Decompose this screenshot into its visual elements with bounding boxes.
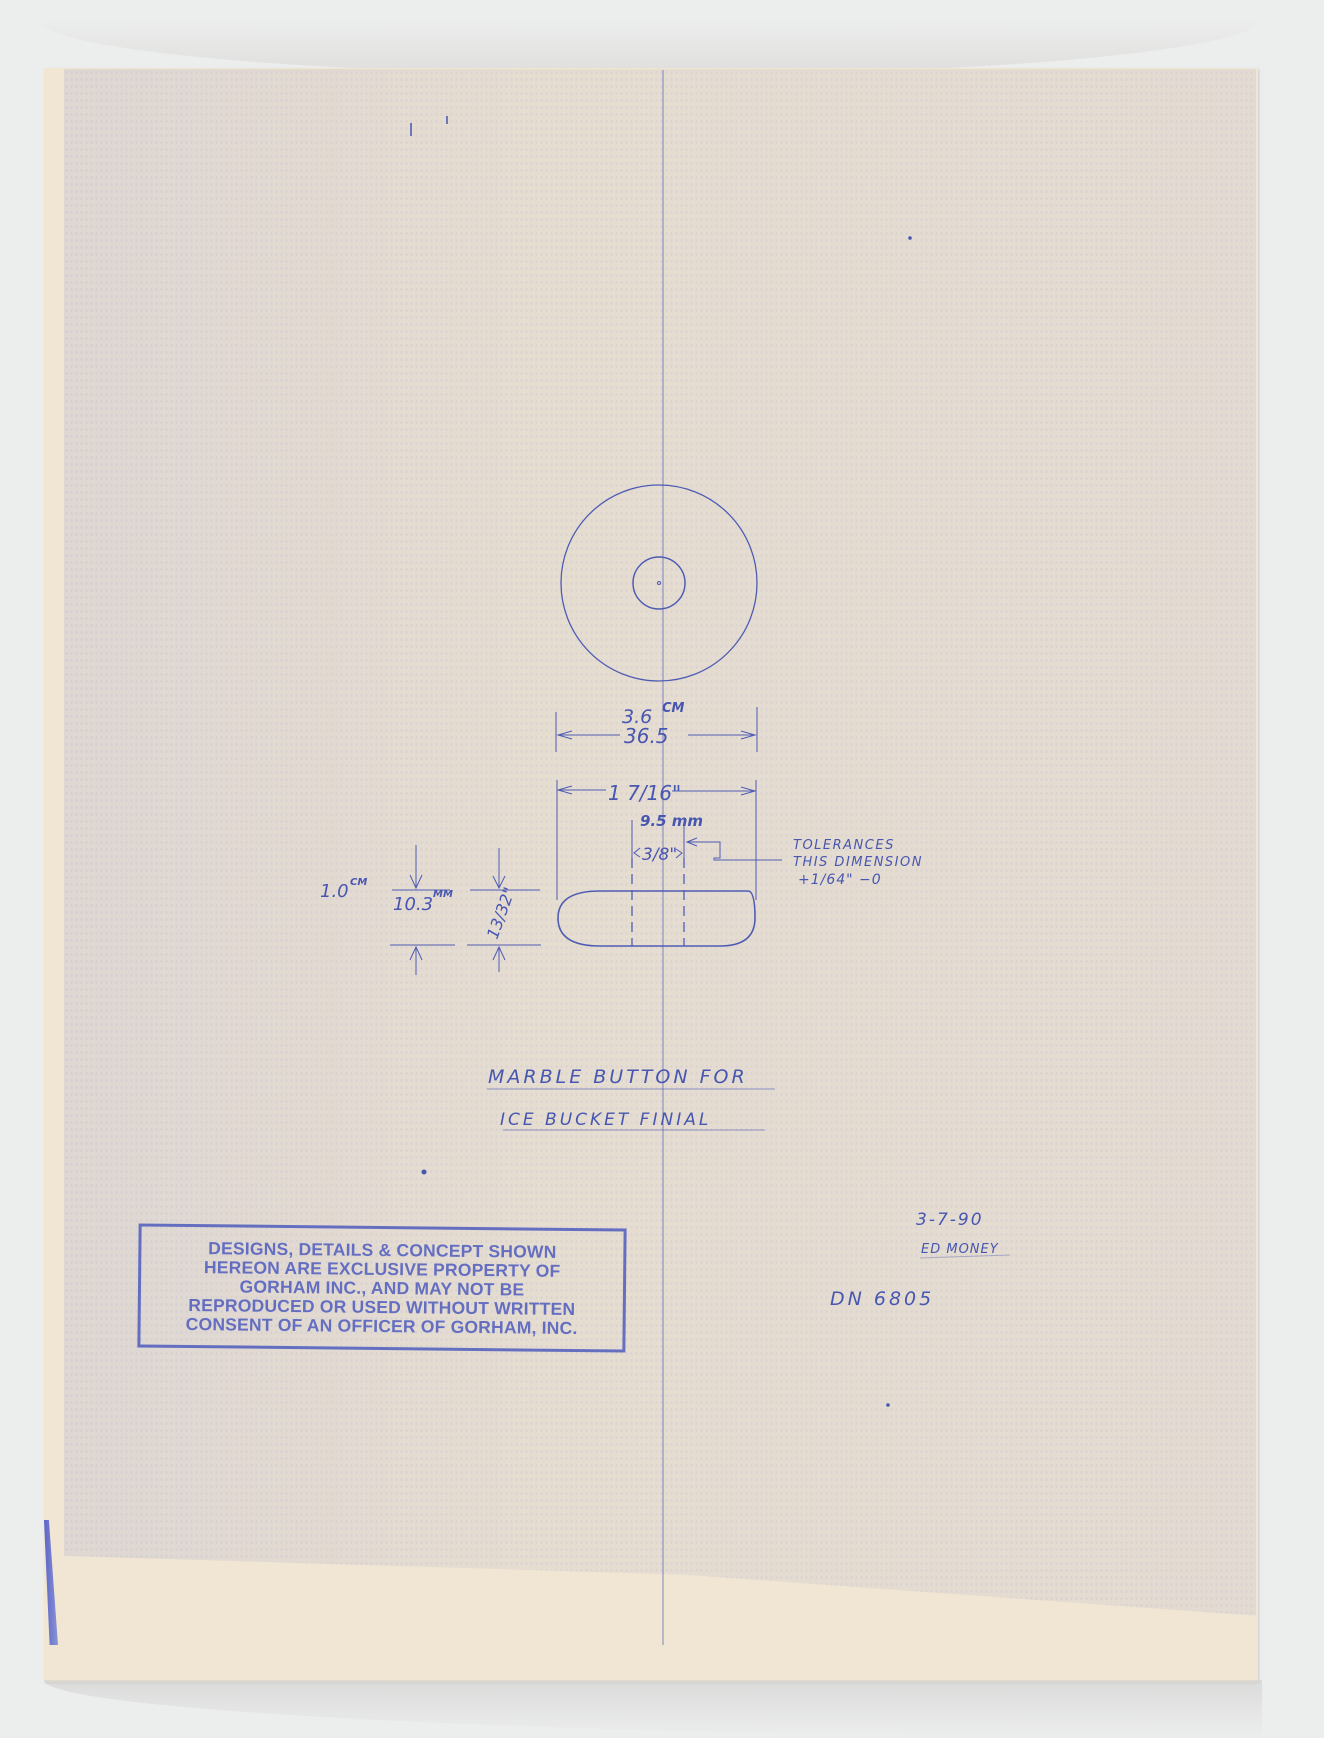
thickness-cm-unit: CM xyxy=(350,877,367,888)
hole-inch-label: 3/8" xyxy=(642,845,677,865)
ink-dot xyxy=(886,1403,890,1407)
outer-circle-top-view xyxy=(561,485,757,681)
thickness-inch-label: 13/32" xyxy=(483,885,519,942)
tolerance-line-2: THIS DIMENSION xyxy=(793,855,923,870)
title-line-1: MARBLE BUTTON FOR xyxy=(488,1066,748,1088)
technical-drawing: 3.6 CM 36.5 1 7/16" 9.5 mm 3/8" 1.0 CM 1… xyxy=(0,0,1324,1738)
thickness-mm-unit: MM xyxy=(433,889,453,900)
drawing-number: DN 6805 xyxy=(830,1288,934,1310)
drawing-date: 3-7-90 xyxy=(916,1210,984,1230)
diameter-metric-unit: CM xyxy=(662,701,685,716)
ink-dot xyxy=(908,236,912,240)
ink-dot xyxy=(422,1170,427,1175)
copyright-stamp: DESIGNS, DETAILS & CONCEPT SHOWN HEREON … xyxy=(137,1223,626,1352)
thickness-mm-label: 10.3 xyxy=(393,894,433,915)
diameter-mm-label: 36.5 xyxy=(624,724,669,748)
center-point xyxy=(658,582,661,585)
draftsman-name: ED MONEY xyxy=(921,1242,999,1257)
stamp-line: CONSENT OF AN OFFICER OF GORHAM, INC. xyxy=(186,1314,578,1337)
title-line-2: ICE BUCKET FINIAL xyxy=(500,1110,711,1130)
tolerance-line-3: +1/64" −0 xyxy=(798,872,882,888)
tolerance-line-1: TOLERANCES xyxy=(793,838,895,853)
inner-hole-top-view xyxy=(633,557,685,609)
thickness-cm-label: 1.0 xyxy=(320,881,349,902)
side-view-body xyxy=(558,891,755,946)
diameter-inch-label: 1 7/16" xyxy=(608,781,681,805)
hole-metric-label: 9.5 mm xyxy=(640,812,703,830)
